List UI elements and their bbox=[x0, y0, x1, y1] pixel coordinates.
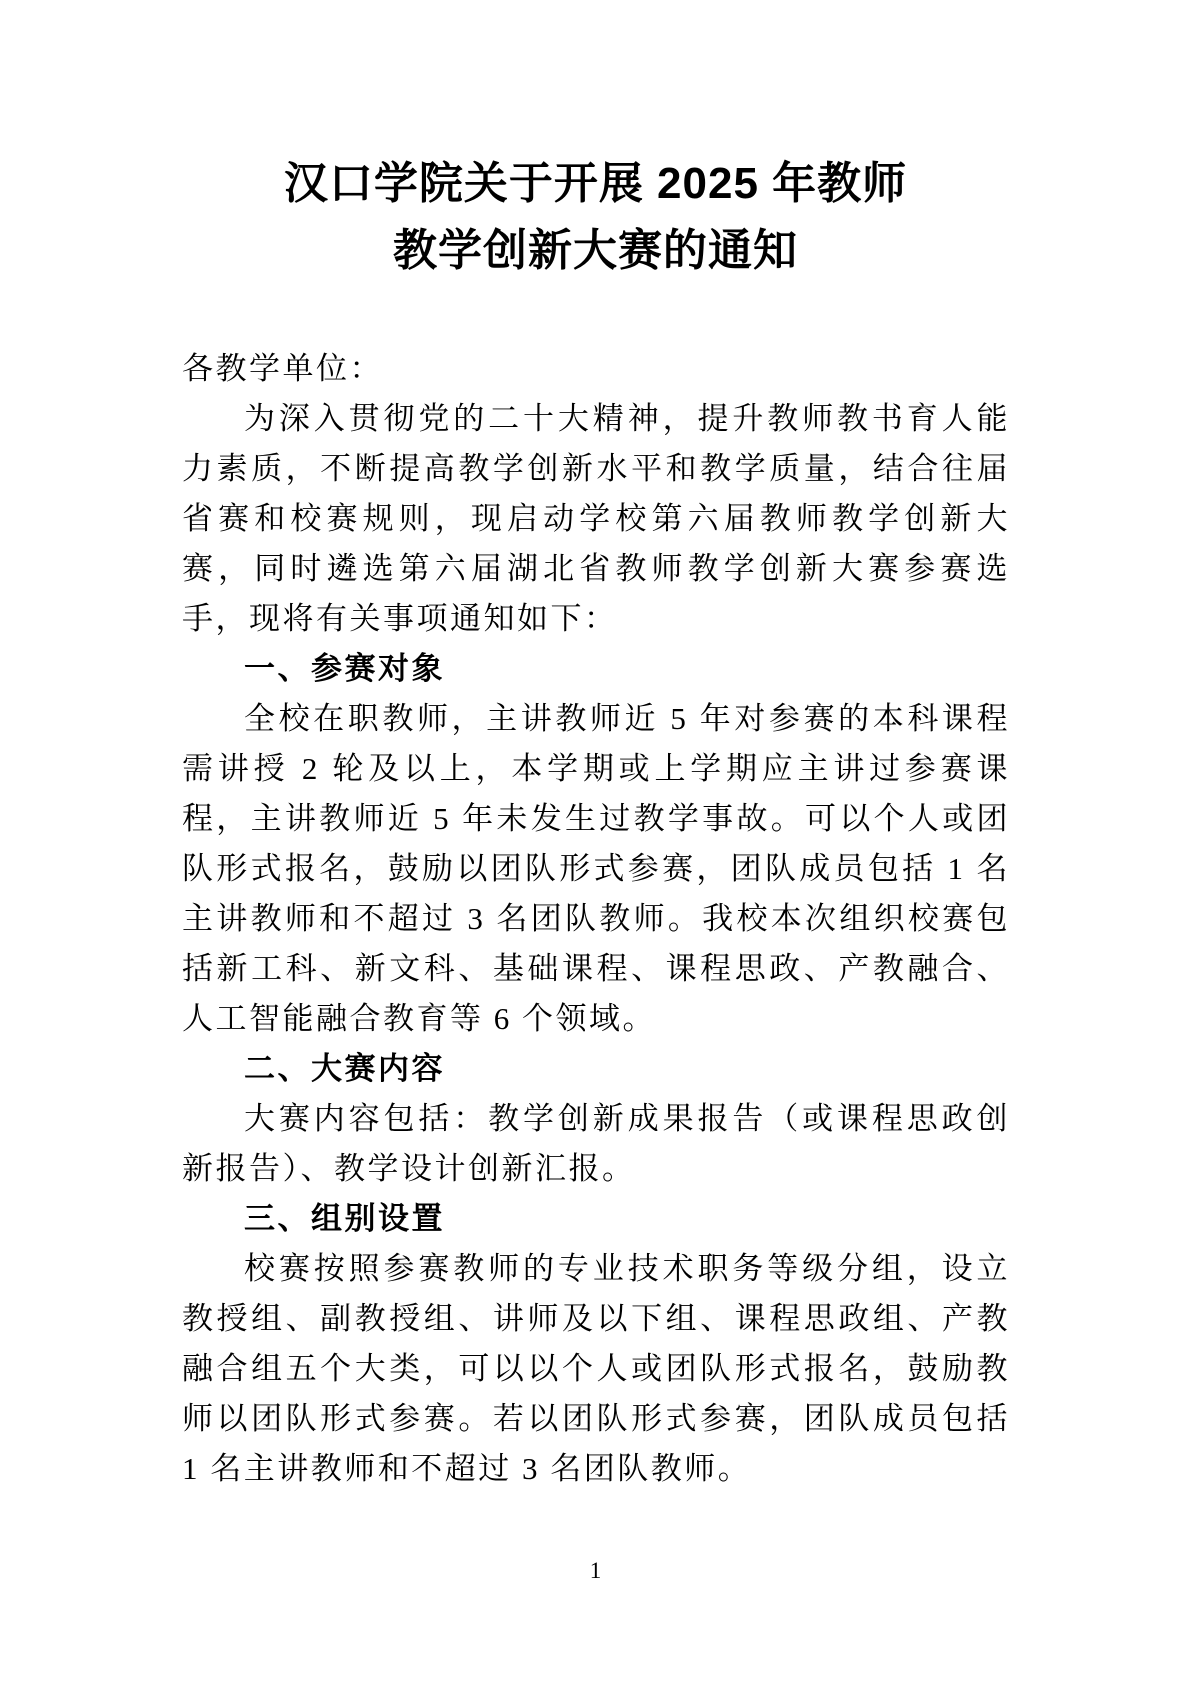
section-heading-3: 三、组别设置 bbox=[182, 1194, 1010, 1244]
section-heading-2: 二、大赛内容 bbox=[182, 1044, 1010, 1094]
title-line-2: 教学创新大赛的通知 bbox=[0, 217, 1191, 284]
title-line-1: 汉口学院关于开展 2025 年教师 bbox=[0, 150, 1191, 217]
document-title: 汉口学院关于开展 2025 年教师 教学创新大赛的通知 bbox=[0, 0, 1191, 284]
section-paragraph-3: 校赛按照参赛教师的专业技术职务等级分组，设立教授组、副教授组、讲师及以下组、课程… bbox=[182, 1244, 1010, 1494]
document-body: 各教学单位： 为深入贯彻党的二十大精神，提升教师教书育人能力素质，不断提高教学创… bbox=[182, 344, 1010, 1494]
intro-paragraph: 为深入贯彻党的二十大精神，提升教师教书育人能力素质，不断提高教学创新水平和教学质… bbox=[182, 394, 1010, 644]
page-footer: 1 bbox=[0, 1556, 1191, 1586]
document-page: 汉口学院关于开展 2025 年教师 教学创新大赛的通知 各教学单位： 为深入贯彻… bbox=[0, 0, 1191, 1684]
section-paragraph-2: 大赛内容包括：教学创新成果报告（或课程思政创新报告）、教学设计创新汇报。 bbox=[182, 1094, 1010, 1194]
page-number: 1 bbox=[590, 1558, 602, 1583]
salutation: 各教学单位： bbox=[182, 344, 1010, 394]
section-heading-1: 一、参赛对象 bbox=[182, 644, 1010, 694]
section-paragraph-1: 全校在职教师，主讲教师近 5 年对参赛的本科课程需讲授 2 轮及以上，本学期或上… bbox=[182, 694, 1010, 1044]
